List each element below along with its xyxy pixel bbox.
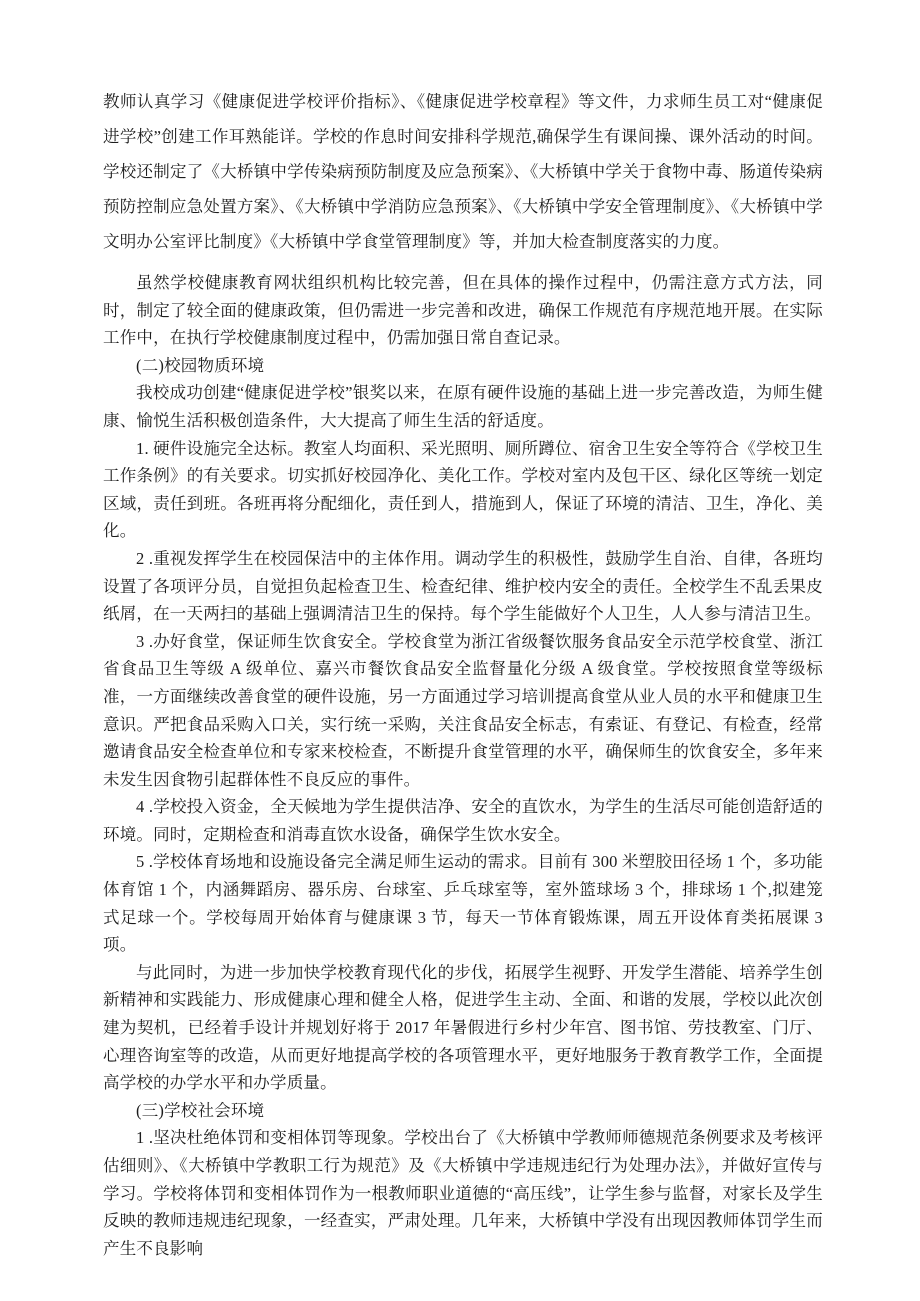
section-heading-3: (三)学校社会环境	[103, 1097, 823, 1125]
document-page: 教师认真学习《健康促进学校评价指标》、《健康促进学校章程》等文件，力求师生员工对…	[0, 0, 920, 1301]
numbered-item-5: 5 .学校体育场地和设施设备完全满足师生运动的需求。目前有 300 米塑胶田径场…	[103, 848, 823, 958]
numbered-item-1: 1. 硬件设施完全达标。教室人均面积、采光照明、厕所蹲位、宿舍卫生安全等符合《学…	[103, 435, 823, 545]
paragraph-continuation: 教师认真学习《健康促进学校评价指标》、《健康促进学校章程》等文件，力求师生员工对…	[103, 84, 823, 259]
paragraph: 虽然学校健康教育网状组织机构比较完善，但在具体的操作过程中，仍需注意方式方法，同…	[103, 269, 823, 352]
numbered-item-1-social: 1 .坚决杜绝体罚和变相体罚等现象。学校出台了《大桥镇中学教师师德规范条例要求及…	[103, 1124, 823, 1262]
numbered-item-3: 3 .办好食堂，保证师生饮食安全。学校食堂为浙江省级餐饮服务食品安全示范学校食堂…	[103, 628, 823, 794]
paragraph: 与此同时，为进一步加快学校教育现代化的步伐，拓展学生视野、开发学生潜能、培养学生…	[103, 959, 823, 1097]
section-heading-2: (二)校园物质环境	[103, 352, 823, 380]
document-body: 教师认真学习《健康促进学校评价指标》、《健康促进学校章程》等文件，力求师生员工对…	[103, 84, 823, 1262]
paragraph: 我校成功创建“健康促进学校”银奖以来，在原有硬件设施的基础上进一步完善改造，为师…	[103, 379, 823, 434]
numbered-item-4: 4 .学校投入资金，全天候地为学生提供洁净、安全的直饮水，为学生的生活尽可能创造…	[103, 793, 823, 848]
numbered-item-2: 2 .重视发挥学生在校园保洁中的主体作用。调动学生的积极性，鼓励学生自治、自律，…	[103, 545, 823, 628]
